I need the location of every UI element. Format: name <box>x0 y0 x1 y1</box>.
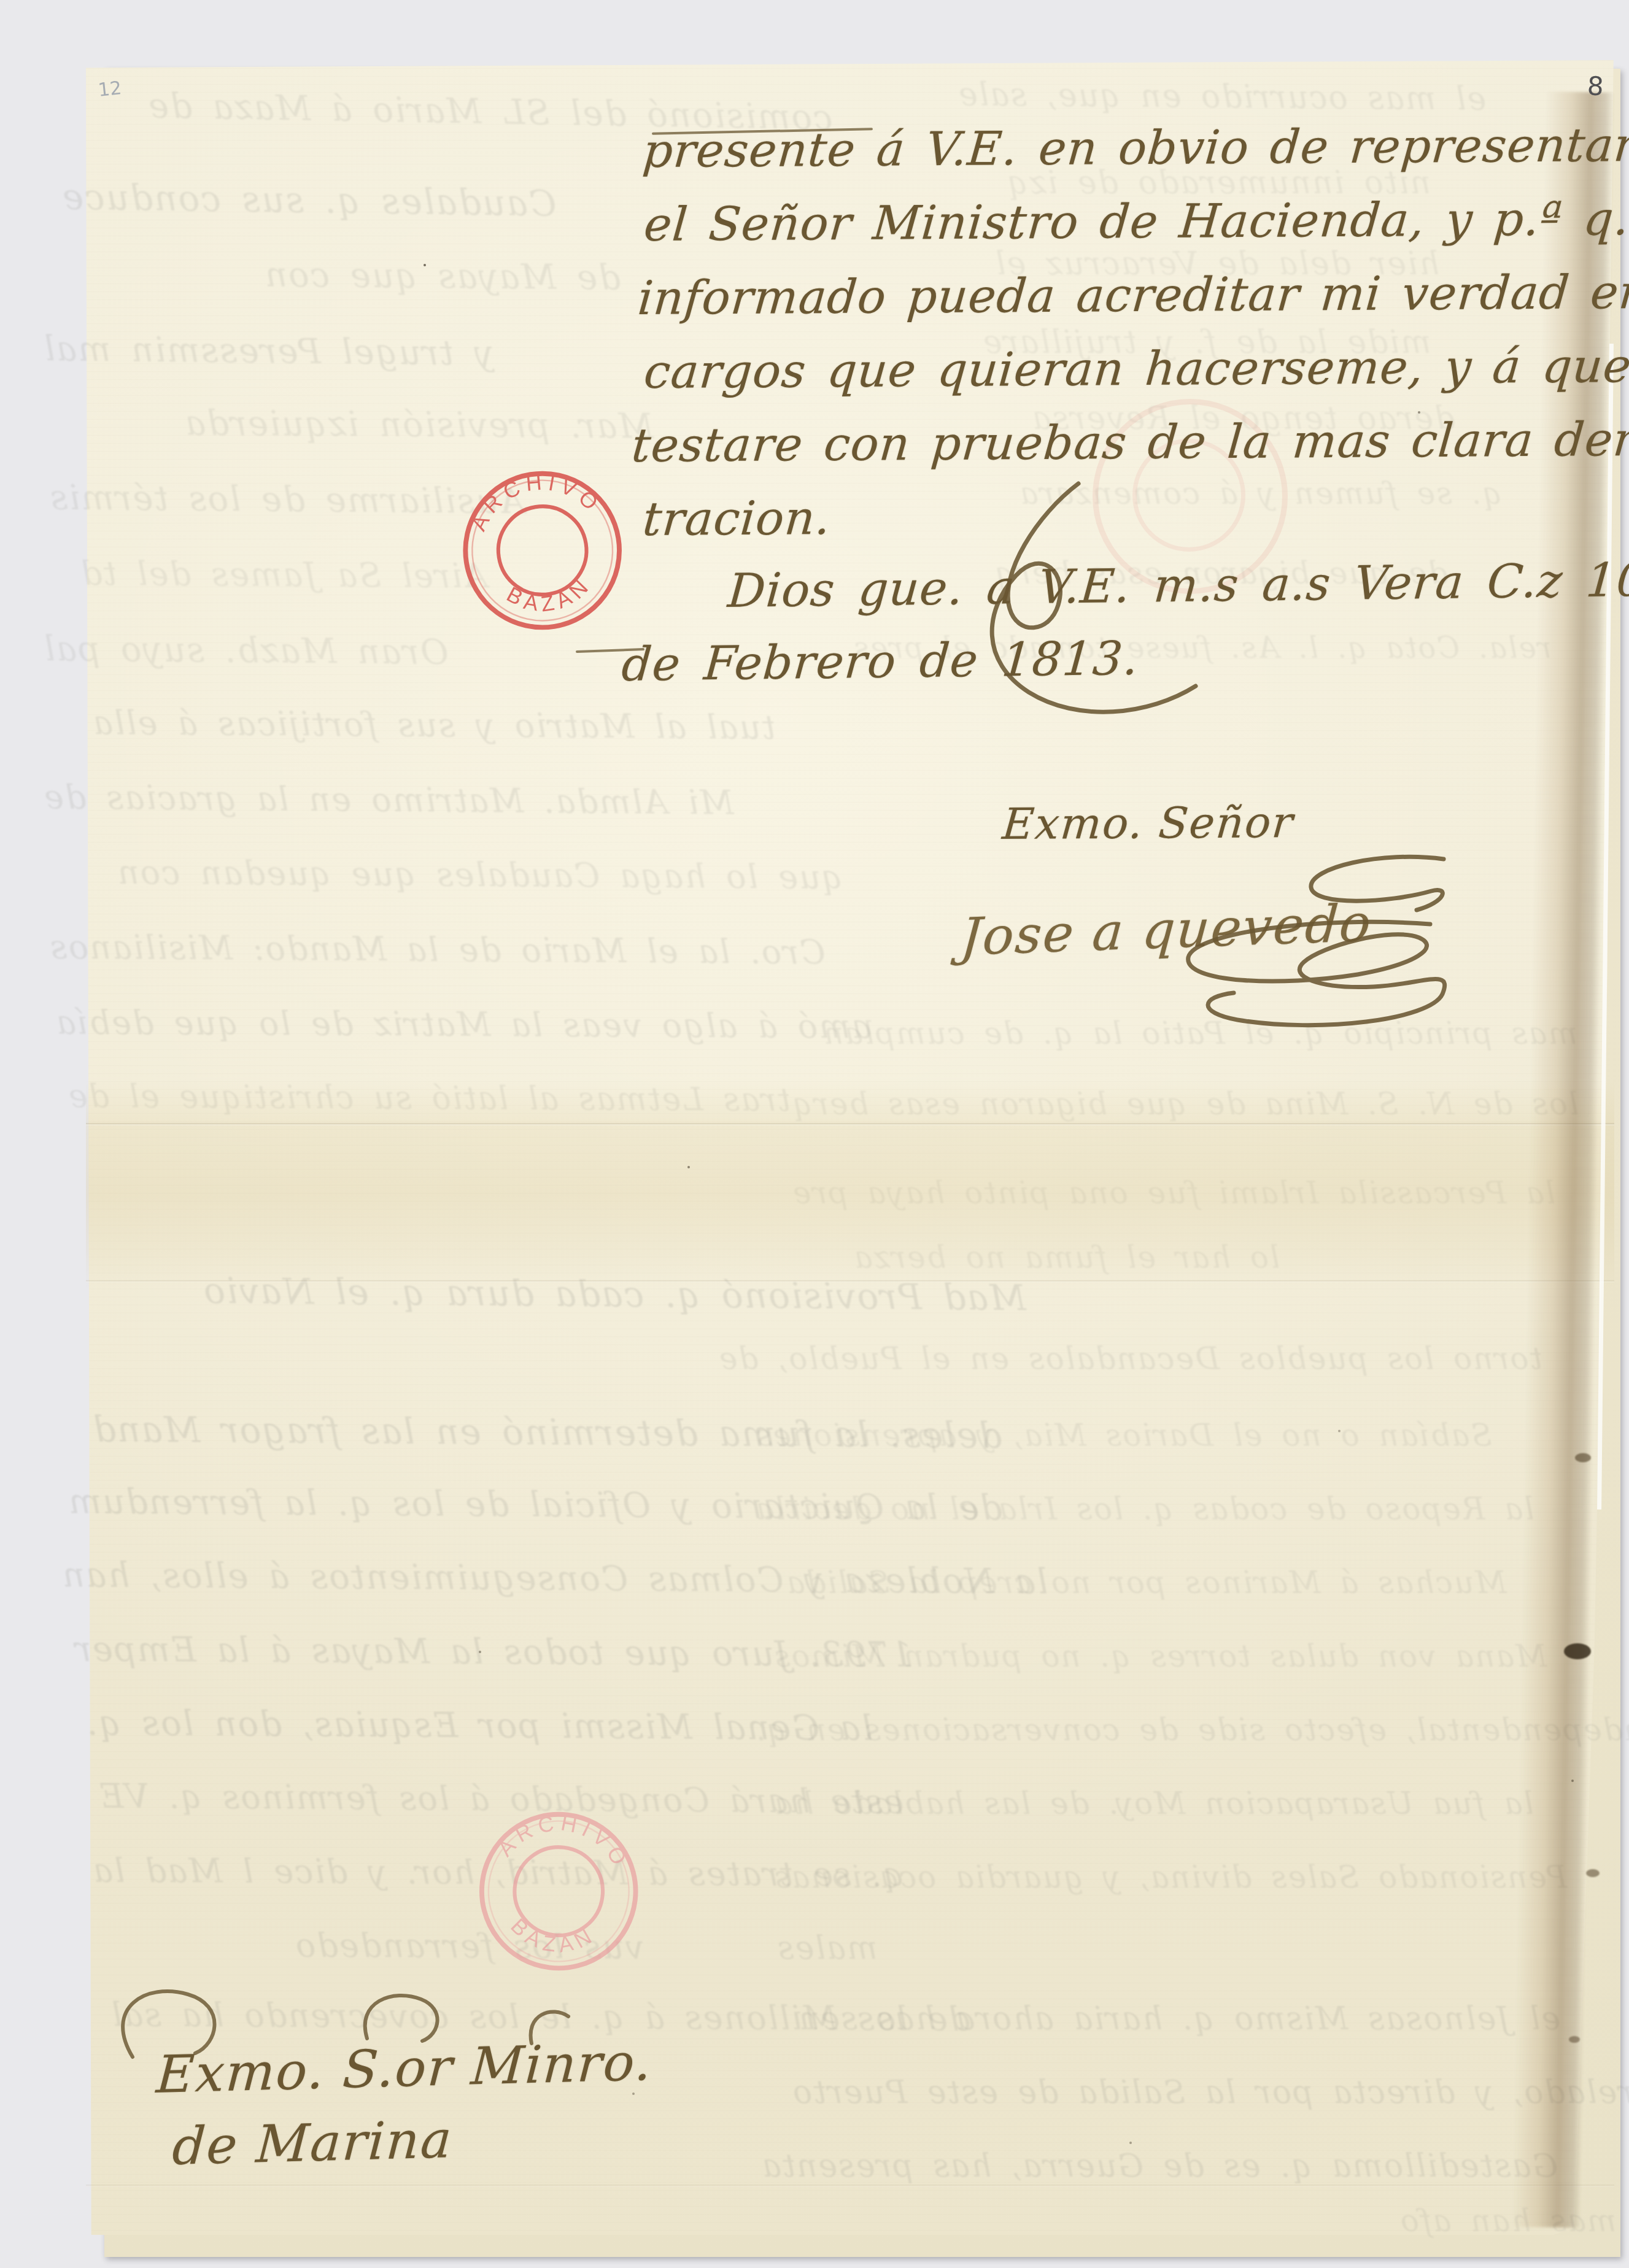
letter-line: tracion. <box>641 490 833 546</box>
letter-line: informado pueda acreditar mi verdad en l… <box>636 264 1629 325</box>
farewell-line: Dios gue. a V.E. m.s a.s Vera C.z 10 <box>726 552 1629 618</box>
letter-line: presente á V.E. en obvio de representarl… <box>641 117 1629 178</box>
scanned-document: comisionó del SL Mario á Maza deel mas o… <box>0 0 1629 2268</box>
salutation: Exmo. Señor <box>1000 797 1296 849</box>
paper-specks <box>424 264 426 266</box>
letter-line: testare con pruebas de la mas clara demo… <box>630 411 1629 472</box>
corner-number: 12 <box>97 77 123 101</box>
addressee-line: de Marina <box>171 2109 454 2177</box>
letter-line: cargos que quieran hacerseme, y á que co… <box>642 337 1629 399</box>
letter-line: el Señor Ministro de Hacienda, y p.ª q.e… <box>642 190 1629 252</box>
farewell-line: de Febrero de 1813. <box>620 631 1140 692</box>
folio-number: 8 <box>1587 71 1604 101</box>
